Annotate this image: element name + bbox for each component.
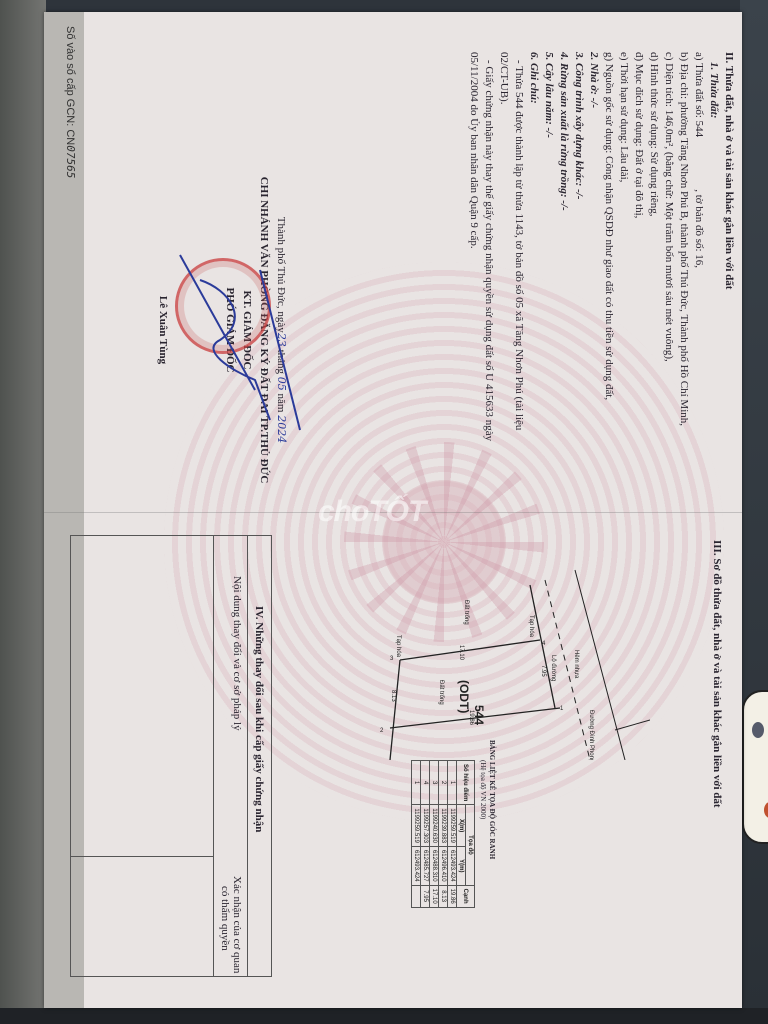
alley-label: Hẻm nhựa — [573, 650, 579, 679]
section-4-changes-table: IV. Những thay đổi sau khi cấp giấy chứn… — [70, 535, 272, 977]
edge-length-4: 7.95 — [540, 665, 546, 677]
usage-origin-line: g) Nguồn gốc sử dụng: Công nhận QSDĐ như… — [601, 52, 616, 522]
vertex-4: 4 — [542, 641, 546, 647]
background-left — [0, 0, 46, 1024]
neighbor-label-2: Tạp hóa — [395, 635, 401, 658]
cartoon-sticker — [742, 690, 768, 844]
col-group-coord: Tọa độ — [466, 805, 475, 885]
table-row: 31199240.630612488.31017.10 — [430, 761, 439, 908]
address-line: b) Địa chỉ: phường Tăng Nhơn Phú B, thàn… — [676, 52, 691, 522]
section-2-title: II. Thửa đất, nhà ở và tài sản khác gắn … — [721, 52, 736, 522]
usage-form-line: d) Hình thức sử dụng: Sử dụng riêng, — [646, 52, 661, 522]
table-row: 11199259.519612493.424 — [412, 761, 421, 908]
notes-heading: 6. Ghi chú: — [526, 52, 541, 522]
house-item: 2. Nhà ở: -/- — [586, 52, 601, 522]
col-y: Y(m) — [457, 846, 466, 885]
parcel-diagram: 544 (ODT) Đất trống Đất trống Tạp hóa Tạ… — [370, 560, 650, 760]
usage-purpose-line: đ) Mục đích sử dụng: Đất ở tại đô thị, — [631, 52, 646, 522]
other-construction-item: 3. Công trình xây dựng khác: -/- — [571, 52, 586, 522]
edge-length-3: 17.10 — [458, 645, 464, 661]
perennial-tree-item: 5. Cây lâu năm: -/- — [541, 52, 556, 522]
section-4-title: IV. Những thay đổi sau khi cấp giấy chứn… — [253, 606, 265, 832]
edge-length-1: 19.86 — [468, 710, 474, 726]
empty-land-label-2: Đất trống — [463, 600, 469, 625]
authority-column-header-1: Xác nhận của cơ quan — [231, 876, 243, 973]
usage-term-line: e) Thời hạn sử dụng: Lâu dài, — [616, 52, 631, 522]
coord-table-title: BẢNG LIỆT KÊ TỌA ĐỘ GÓC RANH (Hệ tọa độ … — [478, 740, 496, 859]
serial-number: Số vào sổ cấp GCN: CN07565 — [62, 26, 78, 178]
note-line-4: 05/11/2004 do Ủy ban nhân dân Quận 9 cấp… — [466, 52, 481, 522]
table-row: 21199239.883612496.4108.13 — [439, 761, 448, 908]
road-label: Đường Đình Phong Phú — [588, 710, 594, 760]
authority-column-header-2: có thẩm quyền — [219, 886, 231, 951]
area-line: c) Diện tích: 146,0m², (bằng chữ: Một tr… — [661, 52, 676, 522]
col-edge: Cạnh — [457, 885, 475, 907]
edge-length-2: 8.13 — [390, 690, 396, 702]
vertex-2: 2 — [380, 728, 384, 734]
background-bottom — [0, 1008, 768, 1024]
changes-column-header: Nội dung thay đổi và cơ sở pháp lý — [231, 576, 243, 731]
vertex-1: 1 — [560, 706, 564, 712]
section-2-subtitle: 1. Thửa đất: — [706, 52, 721, 522]
coord-table: Số hiệu điểm Tọa độ Cạnh X(m) Y(m) 11199… — [411, 760, 475, 908]
background-right — [740, 0, 768, 1024]
section-2-parcel-info: II. Thửa đất, nhà ở và tài sản khác gắn … — [466, 52, 736, 522]
forest-item: 4. Rừng sản xuất là rừng trồng: -/- — [556, 52, 571, 522]
note-line-2: 02/CT-UB). — [496, 52, 511, 522]
section-3-title: III. Sơ đồ thửa đất, nhà ở và tài sản kh… — [709, 540, 724, 808]
parcel-type-label: (ODT) — [457, 680, 471, 713]
col-x: X(m) — [457, 805, 466, 847]
table-row: 41199257.303612485.7277.95 — [421, 761, 430, 908]
neighbor-label: Tạp hóa — [528, 615, 534, 638]
vertex-3: 3 — [390, 656, 394, 662]
signature-scribble — [160, 250, 310, 450]
note-line-3: - Giấy chứng nhận này thay thế giấy chứn… — [481, 52, 496, 522]
chotot-watermark: choTỐT — [318, 495, 425, 529]
corridor-label: Lộ đường — [550, 655, 556, 681]
sticker-eye-icon — [752, 722, 764, 738]
sticker-tongue-icon — [764, 802, 768, 818]
parcel-number-line: a) Thửa đất số: 544, tờ bản đồ số: 16, — [691, 52, 706, 522]
note-line-1: - Thửa 544 được thành lập từ thửa 1143, … — [511, 52, 526, 522]
empty-land-label: Đất trống — [438, 680, 444, 705]
table-row: 11199259.519612493.42419.86 — [448, 761, 457, 908]
col-point: Số hiệu điểm — [457, 761, 475, 805]
